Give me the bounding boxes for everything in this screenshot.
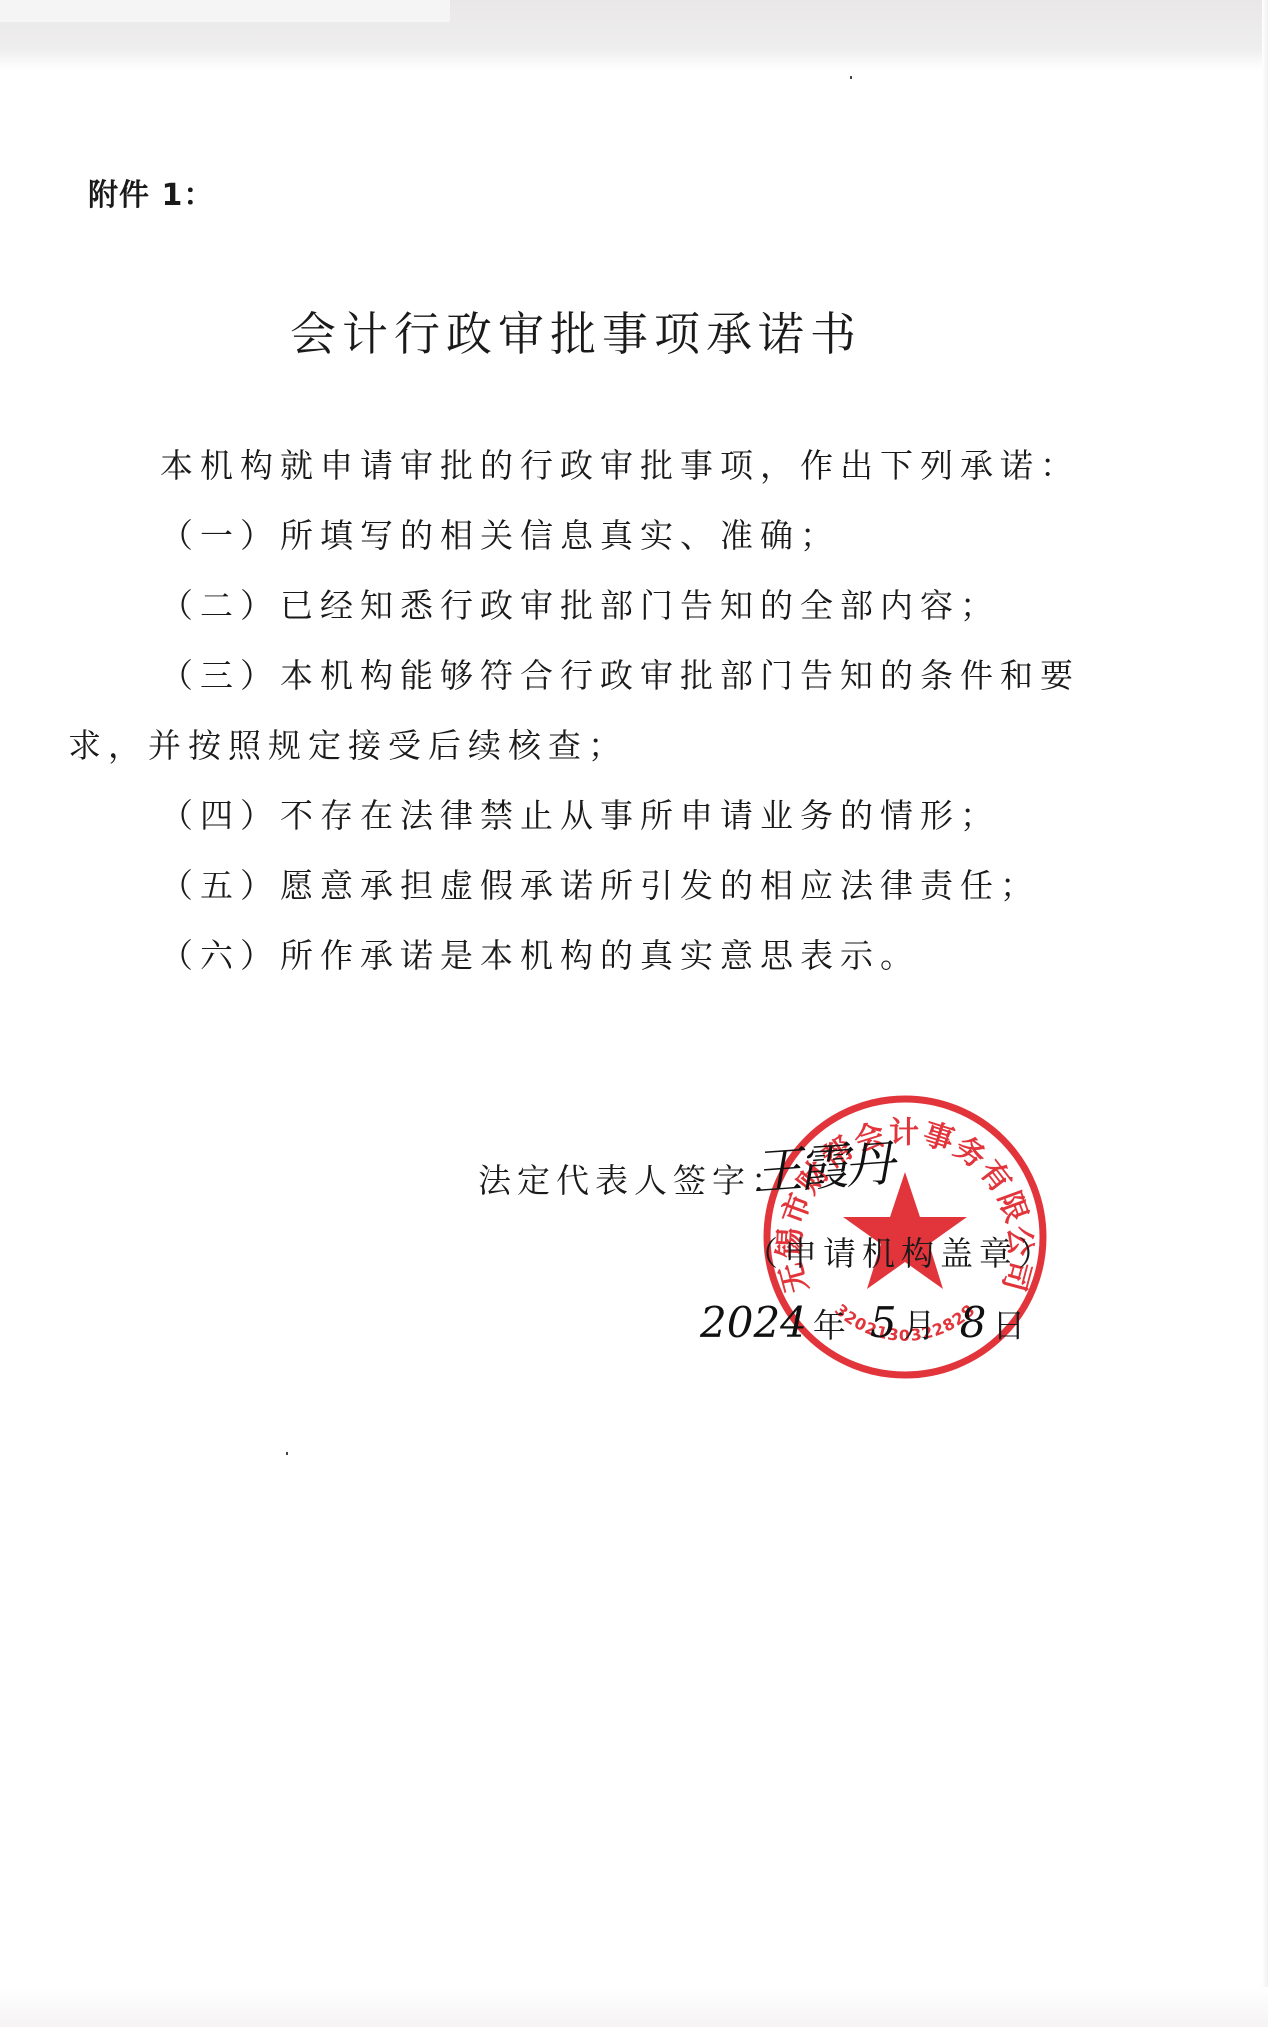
commitment-item-2: （二）已经知悉行政审批部门告知的全部内容； xyxy=(160,580,1000,627)
date-line: 2024年5月8日 xyxy=(700,1298,1049,1347)
scan-shadow-right xyxy=(1262,0,1268,2027)
date-year: 2024 xyxy=(700,1298,807,1347)
document-title: 会计行政审批事项承诺书 xyxy=(290,298,862,364)
year-label: 年 xyxy=(813,1306,848,1345)
scan-shadow-bottom xyxy=(0,1987,1268,2027)
commitment-item-3: （三）本机构能够符合行政审批部门告知的条件和要 xyxy=(160,650,1080,697)
scan-speck xyxy=(850,76,852,79)
signature-label: 法定代表人签字： xyxy=(478,1155,790,1202)
day-label: 日 xyxy=(992,1306,1027,1345)
handwritten-signature: 王霞丹 xyxy=(750,1123,893,1204)
commitment-item-4: （四）不存在法律禁止从事所申请业务的情形； xyxy=(160,790,1000,837)
seal-note: （申请机构盖章） xyxy=(745,1228,1057,1275)
commitment-item-5: （五）愿意承担虚假承诺所引发的相应法律责任； xyxy=(160,860,1040,907)
intro-paragraph: 本机构就申请审批的行政审批事项，作出下列承诺： xyxy=(160,440,1080,487)
date-day: 8 xyxy=(960,1298,987,1347)
scan-shadow-top-left xyxy=(0,0,450,22)
commitment-item-3-cont: 求，并按照规定接受后续核查； xyxy=(68,720,628,767)
date-month: 5 xyxy=(870,1298,897,1347)
commitment-item-1: （一）所填写的相关信息真实、准确； xyxy=(160,510,840,557)
attachment-label: 附件 1： xyxy=(88,170,214,214)
scan-speck xyxy=(286,1452,288,1455)
commitment-item-6: （六）所作承诺是本机构的真实意思表示。 xyxy=(160,930,920,977)
month-label: 月 xyxy=(903,1306,938,1345)
